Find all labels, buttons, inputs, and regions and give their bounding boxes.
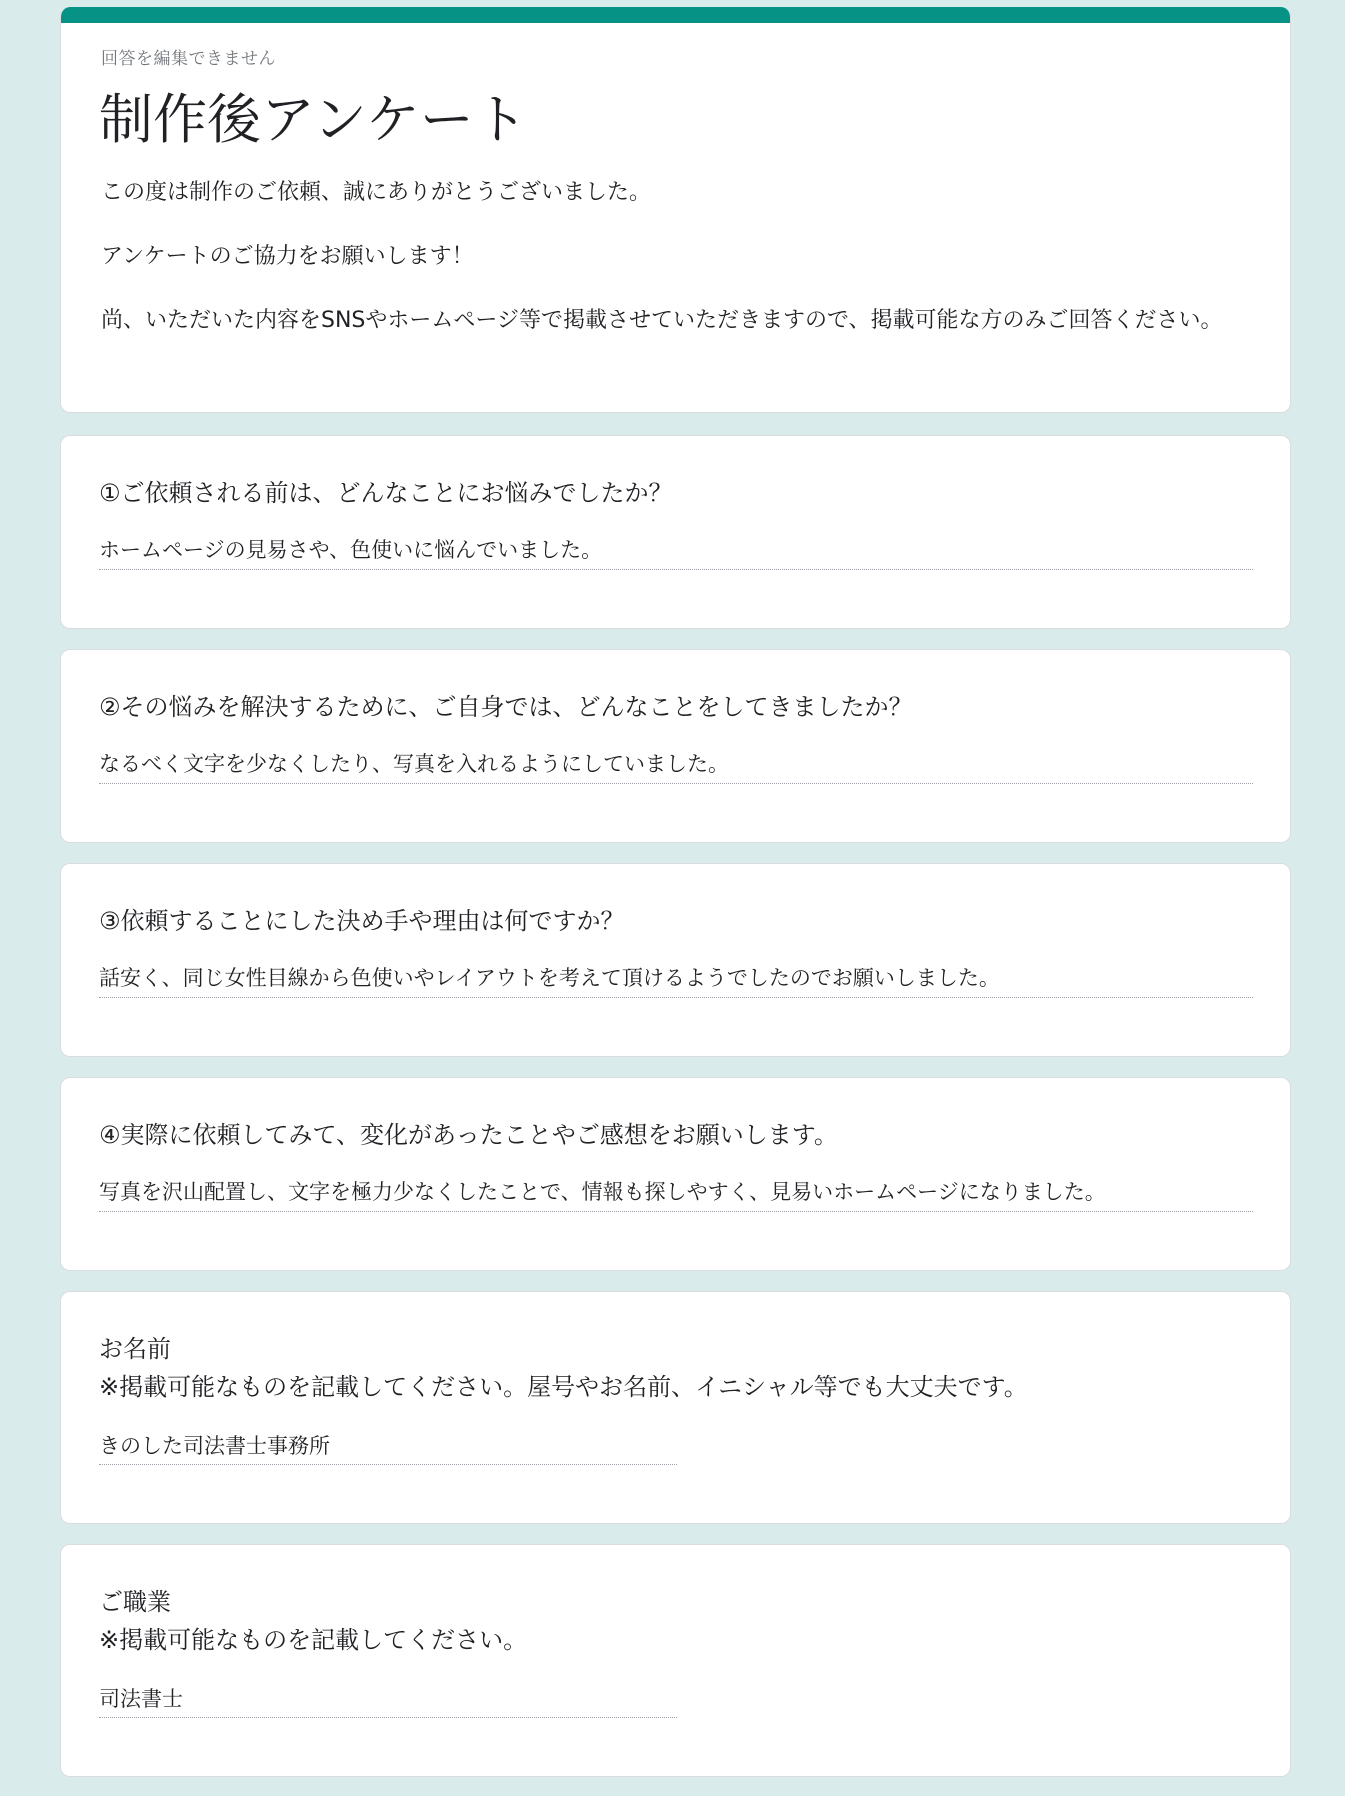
question-title: ご職業 ※掲載可能なものを記載してください。 (99, 1583, 527, 1659)
question-card-1: ①ご依頼される前は、どんなことにお悩みでしたか？ ホームページの見易さや、色使い… (60, 435, 1291, 629)
answer-underline (99, 569, 1253, 570)
question-label: ご職業 (99, 1583, 527, 1621)
question-title: お名前 ※掲載可能なものを記載してください。屋号やお名前、イニシャル等でも大丈夫… (99, 1330, 1028, 1406)
question-hint: ※掲載可能なものを記載してください。 (99, 1621, 527, 1659)
answer-text: きのした司法書士事務所 (99, 1432, 330, 1460)
question-label: お名前 (99, 1330, 1028, 1368)
answer-text: 司法書士 (99, 1685, 183, 1713)
question-card-4: ④実際に依頼してみて、変化があったことやご感想をお願いします。 写真を沢山配置し… (60, 1077, 1291, 1271)
question-title: ①ご依頼される前は、どんなことにお悩みでしたか？ (99, 474, 673, 512)
question-card-2: ②その悩みを解決するために、ご自身では、どんなことをしてきましたか？ なるべく文… (60, 649, 1291, 843)
answer-underline (99, 1211, 1253, 1212)
edit-disabled-notice: 回答を編集できません (101, 44, 276, 69)
form-description: この度は制作のご依頼、誠にありがとうございました。 アンケートのご協力をお願いし… (101, 177, 1251, 337)
description-paragraph: この度は制作のご依頼、誠にありがとうございました。 (101, 177, 1251, 209)
answer-underline (99, 1464, 677, 1465)
answer-text: 話安く、同じ女性目線から色使いやレイアウトを考えて頂けるようでしたのでお願いしま… (99, 964, 1000, 992)
answer-text: ホームページの見易さや、色使いに悩んでいました。 (99, 536, 602, 564)
form-header-card: 回答を編集できません 制作後アンケート この度は制作のご依頼、誠にありがとうござ… (60, 7, 1291, 413)
question-hint: ※掲載可能なものを記載してください。屋号やお名前、イニシャル等でも大丈夫です。 (99, 1368, 1028, 1406)
question-card-name: お名前 ※掲載可能なものを記載してください。屋号やお名前、イニシャル等でも大丈夫… (60, 1291, 1291, 1524)
question-card-3: ③依頼することにした決め手や理由は何ですか？ 話安く、同じ女性目線から色使いやレ… (60, 863, 1291, 1057)
description-paragraph: 尚、いただいた内容をSNSやホームページ等で掲載させていただきますので、掲載可能… (101, 305, 1251, 337)
header-accent-bar (61, 7, 1290, 23)
answer-text: なるべく文字を少なくしたり、写真を入れるようにしていました。 (99, 750, 729, 778)
description-paragraph: アンケートのご協力をお願いします！ (101, 241, 1251, 273)
answer-underline (99, 783, 1253, 784)
answer-text: 写真を沢山配置し、文字を極力少なくしたことで、情報も探しやすく、見易いホームペー… (99, 1178, 1106, 1206)
question-title: ②その悩みを解決するために、ご自身では、どんなことをしてきましたか？ (99, 688, 913, 726)
answer-underline (99, 1717, 677, 1718)
answer-underline (99, 997, 1253, 998)
question-card-occupation: ご職業 ※掲載可能なものを記載してください。 司法書士 (60, 1544, 1291, 1777)
question-title: ③依頼することにした決め手や理由は何ですか？ (99, 902, 625, 940)
question-title: ④実際に依頼してみて、変化があったことやご感想をお願いします。 (99, 1116, 838, 1154)
form-title: 制作後アンケート (99, 87, 528, 153)
